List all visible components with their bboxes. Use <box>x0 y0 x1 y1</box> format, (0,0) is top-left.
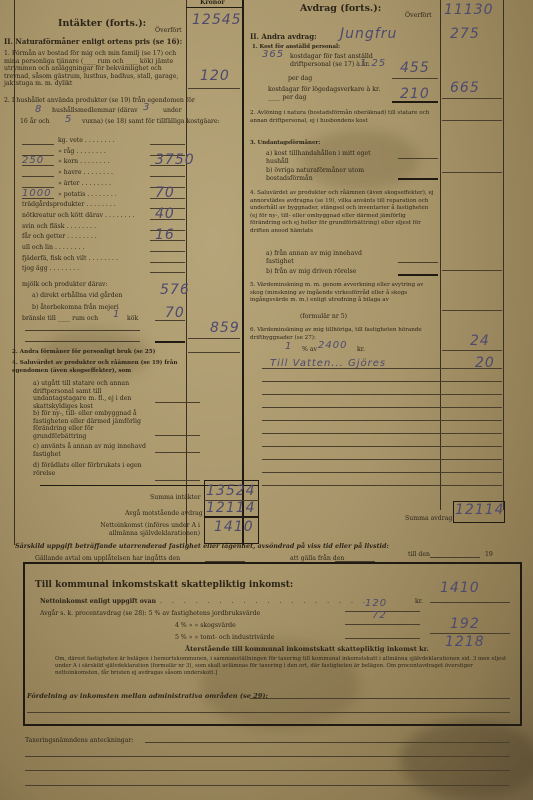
sub-c: c) använts å annan av mig innehavd fasti… <box>33 443 148 458</box>
stain <box>400 720 533 800</box>
under16-label: under <box>163 107 182 115</box>
fuel-label: bränsle till ____ rum och <box>22 315 98 323</box>
kommunal-aterstaende-label: Återstående till kommunal inkomstskatt s… <box>185 646 429 654</box>
ruled-line <box>262 420 502 421</box>
rule <box>27 712 510 713</box>
product-value-field <box>150 272 185 273</box>
ruled-line <box>262 407 502 408</box>
ruled-line <box>262 394 502 395</box>
rule <box>442 120 502 121</box>
item-avloning: 2. Avlöning i natura (bostadsförmån ober… <box>250 110 430 125</box>
tax-form-page: Kronor Intäkter (forts.): Överfört 12545… <box>0 0 533 800</box>
rule <box>155 341 185 343</box>
rule <box>188 338 240 339</box>
item-saluvarde-avdrag: 4. Saluvärdet av produkter och råämnen (… <box>250 190 435 235</box>
sub-a: a) utgått till statare och annan driftpe… <box>33 380 148 410</box>
special-line1: Särskild uppgift beträffande utarrendera… <box>15 543 389 551</box>
kommunal-aterstaende-value: 1218 <box>445 634 485 650</box>
members-value: 8 <box>35 104 42 115</box>
cost2-value: 210 <box>400 86 430 102</box>
product-value: 3750 <box>155 152 195 168</box>
rule <box>442 98 502 99</box>
section-naturaformaner: II. Naturaförmåner enligt ortens pris (s… <box>4 38 182 46</box>
rule <box>398 274 438 276</box>
milk-b-label: b) återbekomna från mejeri <box>32 304 119 312</box>
rule <box>188 88 240 89</box>
product-label: tjog ägg . . . . . . . . <box>22 265 79 273</box>
right-overfort-value: 11130 <box>444 2 494 18</box>
to-date-field <box>430 557 480 558</box>
rule <box>25 785 510 786</box>
rule <box>442 350 502 351</box>
rule <box>204 516 259 518</box>
kommunal-avgar-label: Avgår s. k. procentavdrag (se 28): 5 % a… <box>40 610 260 618</box>
rule <box>25 330 140 331</box>
summa-intakter-value: 13524 <box>206 483 256 499</box>
netto-label: Nettoinkomst (införes under A i allmänna… <box>100 522 200 537</box>
kommunal-avgar-value: 120 <box>365 598 387 609</box>
avgar-value: 12114 <box>206 500 256 516</box>
product-label: trädgårdsprodukter . . . . . . . . <box>22 201 116 209</box>
rule <box>155 435 200 436</box>
rule <box>155 320 185 321</box>
leader-dots: . . . . . . . . . . . . . . . . . . . <box>160 598 381 606</box>
product-value-field <box>150 251 185 252</box>
ruled-line <box>262 446 502 447</box>
product-qty-value: 1000 <box>22 188 51 199</box>
product-value-field <box>150 262 185 263</box>
ruled-line <box>262 368 502 369</box>
kommunal-note: Om, därest fastigheten är belägen i hemo… <box>55 656 513 677</box>
product-label: ull och lin . . . . . . . . <box>22 244 84 252</box>
left-overfort-label: Överfört <box>155 27 182 35</box>
jungfru-value: 275 <box>450 26 480 42</box>
ruled-line <box>262 459 502 460</box>
rule <box>25 341 140 342</box>
per-dag-label: per dag <box>288 75 312 83</box>
fuel-kok-label: kök <box>127 315 138 323</box>
item-undantag-a: a) kost tillhandahållen i mitt eget hush… <box>266 150 376 165</box>
item6-base-value: 2400 <box>318 340 347 351</box>
rule <box>398 178 438 180</box>
right-edge-line <box>503 0 504 510</box>
item6-value: 24 <box>470 333 490 349</box>
sub-d: d) förädlats eller förbrukats i egen rör… <box>33 462 148 477</box>
product-value: 40 <box>155 206 175 222</box>
left-overfort-value: 12545 <box>192 12 242 28</box>
item-bostad: 1. Förmån av bostad för mig och min fami… <box>4 50 182 88</box>
days2-label: kostdagar för lögedagsverkare à kr. ____… <box>268 86 388 101</box>
rule <box>188 352 240 353</box>
rule <box>25 770 510 771</box>
product-label: nötkreatur och kött därav . . . . . . . … <box>22 212 134 220</box>
rule <box>398 262 438 263</box>
netto-value: 1410 <box>214 519 254 535</box>
milk-a-label: a) direkt erhållna vid gården <box>32 292 122 300</box>
section-handwritten: Jungfru <box>340 26 397 42</box>
kommunal-netto-value: 1410 <box>440 580 480 596</box>
item-andra-formaner: 2. Andra förmåner för personligt bruk (s… <box>12 349 155 357</box>
kr-label: kr. <box>415 598 423 606</box>
product-label: får och getter . . . . . . . . <box>22 233 97 241</box>
item-bostad-value: 120 <box>200 68 230 84</box>
header-rule <box>186 7 242 8</box>
item-saluvarde-b: b) från av mig driven rörelse <box>266 268 356 276</box>
left-value-col-line <box>186 0 187 545</box>
product-value-field <box>150 144 185 145</box>
section-andra-avdrag: II. Andra avdrag: <box>250 33 317 41</box>
kommunal-netto-label: Nettoinkomst enligt uppgift ovan <box>40 598 156 606</box>
product-label: svin och fläsk . . . . . . . . <box>22 223 96 231</box>
product-value: 70 <box>155 185 175 201</box>
rule <box>25 756 510 757</box>
rate-value: 1.25 <box>360 58 386 69</box>
summa-avdrag-label: Summa avdrag <box>405 515 452 523</box>
rule <box>392 78 438 79</box>
product-label: » ärter . . . . . . . . <box>58 180 111 188</box>
age-label: 16 år och <box>20 118 50 126</box>
right-overfort-label: Överfört <box>405 12 432 20</box>
rule <box>430 602 510 603</box>
adults-value: 5 <box>65 114 72 125</box>
subtotal-value: 859 <box>210 320 240 336</box>
item-hushall: 2. I hushållet använda produkter (se 19)… <box>4 97 195 105</box>
days-value: 365 <box>262 49 284 60</box>
product-label: » korn . . . . . . . . <box>58 158 110 166</box>
year-prefix: 19 <box>485 551 493 559</box>
cost1-value: 455 <box>400 60 430 76</box>
total-kost-value: 665 <box>450 80 480 96</box>
product-qty-value: 250 <box>22 155 44 166</box>
product-label: kg. vete . . . . . . . . <box>58 137 114 145</box>
fuel-kok-value: 1 <box>113 309 120 320</box>
product-label: » råg . . . . . . . . <box>58 148 106 156</box>
kommunal-pct4-label: 4 % » » skogsvärde <box>175 622 236 630</box>
rule <box>442 310 502 311</box>
item-undantag: 3. Undantagsförmåner: <box>250 140 320 148</box>
item-saluvarde-a: a) från annan av mig innehavd fastighet <box>266 250 386 265</box>
sub-b: b) för ny-, till- eller ombyggnad å fast… <box>33 410 148 440</box>
item6-pct-value: 1 <box>285 341 292 352</box>
product-qty-field <box>22 144 54 145</box>
rule <box>392 101 438 103</box>
center-divider <box>242 0 244 545</box>
avgar-label: Avgå motstående avdrag <box>125 510 203 518</box>
summa-avdrag-value: 12114 <box>455 502 505 518</box>
left-title: Intäkter (forts.): <box>58 18 146 29</box>
ruled-line <box>262 381 502 382</box>
kommunal-title: Till kommunal inkomstskatt skattepliktig… <box>35 580 293 590</box>
product-value: 16 <box>155 227 175 243</box>
taxering-label: Taxeringsnämndens anteckningar: <box>25 737 134 745</box>
rule <box>442 270 502 271</box>
taxering-field <box>145 742 510 743</box>
adults-label: vuxna) (se 18) samt för tillfälliga kost… <box>82 118 220 126</box>
fordelning-field <box>250 698 510 699</box>
product-label: fjäderfä, fisk och vilt . . . . . . . . <box>22 255 118 263</box>
summa-intakter-label: Summa intäkter <box>150 494 201 502</box>
kommunal-pct-total: 192 <box>450 616 480 632</box>
milk-label: mjölk och produkter därav: <box>22 281 108 289</box>
fuel-value: 70 <box>165 305 185 321</box>
product-label: » potatis . . . . . . . . <box>58 191 117 199</box>
special-line2c: till den <box>408 551 430 559</box>
under16-value: 3 <box>143 102 150 113</box>
kommunal-pct5-label: 5 % » » tomt- och industrivärde <box>175 634 274 642</box>
item-saluvarde: 4. Saluvärdet av produkter och råämnen (… <box>12 360 192 375</box>
rule <box>345 638 420 639</box>
rule <box>155 480 200 481</box>
product-qty-field <box>22 176 54 177</box>
product-label: » havre . . . . . . . . <box>58 169 113 177</box>
fordelning-label: Fördelning av inkomsten mellan administr… <box>27 693 268 701</box>
item-undantag-b: b) övriga naturaförmåner utom bostadsför… <box>266 167 376 182</box>
ruled-line <box>262 433 502 434</box>
ruled-line <box>262 485 502 486</box>
rule <box>345 624 420 625</box>
ruled-line <box>262 472 502 473</box>
milk-a-value: 576 <box>160 282 190 298</box>
rule <box>398 158 438 159</box>
rule <box>442 172 502 173</box>
item6-kr: kr. <box>357 346 365 354</box>
right-title: Avdrag (forts.): <box>300 3 381 14</box>
item5-form: (formulär nr 5) <box>300 313 347 321</box>
product-value-field <box>150 176 185 177</box>
kommunal-pct4-value: 72 <box>372 610 387 621</box>
column-header-kronor: Kronor <box>200 0 225 7</box>
rule <box>155 452 200 453</box>
rule <box>155 402 200 403</box>
item-vardeminskning-skog: 5. Värdeminskning m. m. genom avverkning… <box>250 282 435 305</box>
item6-pct-label: % av <box>302 346 317 354</box>
